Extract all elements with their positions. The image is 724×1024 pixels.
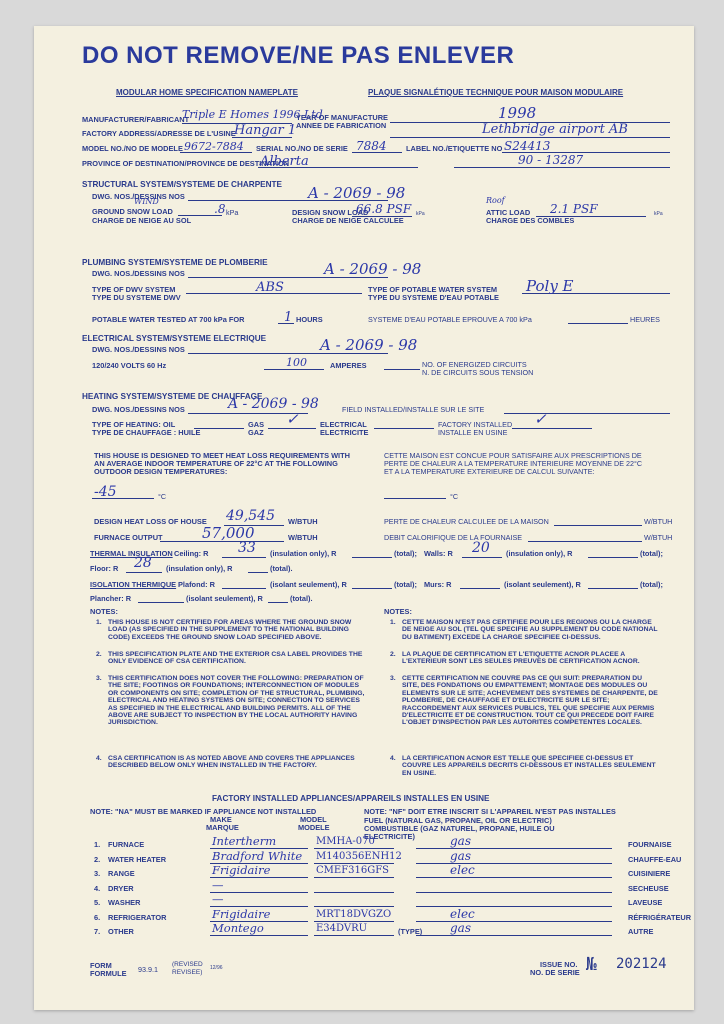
notes-heading-en: NOTES: (90, 608, 118, 616)
amperes-label: AMPERES (330, 362, 367, 370)
appliance-number: 7. (94, 928, 100, 936)
type-label: (TYPE) (398, 928, 422, 936)
electrical-heading: ELECTRICAL SYSTEM/SYSTEME ELECTRIQUE (82, 334, 266, 343)
appliance-make: Frigidaire (212, 907, 270, 921)
ground-snow-correction: WIND (134, 197, 159, 206)
circuits-label-fr: N. DE CIRCUITS SOUS TENSION (422, 369, 533, 377)
design-text-en: THIS HOUSE IS DESIGNED TO MEET HEAT LOSS… (94, 452, 356, 476)
attic-load-correction: Roof (486, 196, 505, 205)
appliance-name: REFRIGERATOR (108, 914, 166, 922)
year-value: 1998 (498, 104, 536, 122)
appliance-name: OTHER (108, 928, 134, 936)
appliance-name-fr: AUTRE (628, 928, 653, 936)
page-title: DO NOT REMOVE/NE PAS ENLEVER (82, 42, 514, 70)
furnace-output-label: FURNACE OUTPUT (94, 534, 163, 542)
electrical-dwg-label: DWG. NOS./DESSINS NOS (92, 346, 185, 354)
attic-load-value: 2.1 PSF (550, 202, 598, 216)
appliance-model: M140356ENH12 (316, 851, 402, 862)
serial-no-value: 7884 (356, 139, 387, 153)
note-item: 4.CSA CERTIFICATION IS AS NOTED ABOVE AN… (96, 755, 366, 770)
floor-ins-only: (insulation only), R (166, 565, 233, 573)
murs-isolant: (isolant seulement), R (504, 581, 581, 589)
appliance-model: MRT18DVGZO (316, 909, 391, 920)
revised-label-fr: REVISEE) (172, 969, 202, 977)
structural-heading: STRUCTURAL SYSTEM/SYSTEME DE CHARPENTE (82, 180, 282, 189)
form-number: 93.9.1 (138, 966, 158, 974)
murs-total: (total); (640, 581, 663, 589)
appliance-name-fr: CHAUFFE-EAU (628, 856, 681, 864)
subtitle-en: MODULAR HOME SPECIFICATION NAMEPLATE (116, 88, 298, 97)
appliance-make: — (212, 878, 224, 892)
appliance-fuel: gas (450, 849, 471, 863)
fuel-header: FUEL (NATURAL GAS, PROPANE, OIL OR ELECT… (364, 817, 592, 841)
dwv-label-fr: TYPE DU SYSTEME DWV (92, 294, 181, 302)
appliance-number: 5. (94, 899, 100, 907)
appliance-name-fr: FOURNAISE (628, 841, 672, 849)
heating-gas-checkmark: ✓ (286, 410, 299, 428)
year-label-fr: ANNEE DE FABRICATION (296, 122, 386, 130)
appliance-model: MMHA-070 (316, 836, 375, 847)
factory-address-value: Hangar 1 (234, 123, 296, 138)
tested-value: 1 (284, 310, 292, 325)
electrical-dwg-value: A - 2069 - 98 (320, 336, 417, 354)
ceiling-value: 33 (238, 540, 256, 556)
design-temp-unit-fr: °C (450, 493, 458, 501)
design-snow-value: 66.8 PSF (356, 202, 411, 216)
heatloss-label-fr: PERTE DE CHALEUR CALCULEE DE LA MAISON (384, 518, 549, 526)
heating-gas-label-fr: GAZ (248, 429, 264, 437)
note-item: 3.THIS CERTIFICATION DOES NOT COVER THE … (96, 675, 366, 727)
heatloss-label: DESIGN HEAT LOSS OF HOUSE (94, 518, 207, 526)
plancher-isolant: (isolant seulement), R (186, 595, 263, 603)
appliance-number: 2. (94, 856, 100, 864)
appliance-make: Montego (212, 921, 264, 935)
heatloss-unit: W/BTUH (288, 518, 318, 526)
floor-value: 28 (134, 555, 152, 571)
revised-date: 12/96 (210, 964, 223, 972)
appliance-name-fr: RÉFRIGÉRATEUR (628, 914, 691, 922)
furnace-output-unit: W/BTUH (288, 534, 318, 542)
heating-type-label-fr: TYPE DE CHAUFFAGE : HUILE (92, 429, 200, 437)
subtitle-fr: PLAQUE SIGNALÉTIQUE TECHNIQUE POUR MAISO… (368, 88, 623, 97)
thermal-insulation-heading: THERMAL INSULATION (90, 550, 173, 558)
notes-heading-fr: NOTES: (384, 608, 412, 616)
ground-snow-value: .8 (214, 202, 225, 216)
appliance-number: 1. (94, 841, 100, 849)
appliance-name: WATER HEATER (108, 856, 166, 864)
plafond-total: (total); (394, 581, 417, 589)
plancher-total: (total). (290, 595, 313, 603)
factory-installed-label-fr: INSTALLE EN USINE (438, 429, 507, 437)
appliance-fuel: gas (450, 834, 471, 848)
note-item: 1.THIS HOUSE IS NOT CERTIFIED FOR AREAS … (96, 619, 366, 641)
appliance-name: WASHER (108, 899, 140, 907)
appliance-make: Intertherm (212, 834, 276, 848)
label-no-label: LABEL NO./ETIQUETTE NO (406, 145, 502, 153)
note-item: 2.THIS SPECIFICATION PLATE AND THE EXTER… (96, 651, 366, 666)
appliance-make: Frigidaire (212, 863, 270, 877)
furnace-output-label-fr: DEBIT CALORIFIQUE DE LA FOURNAISE (384, 534, 522, 542)
label-no-value-2: 90 - 13287 (518, 153, 583, 167)
appliance-fuel: elec (450, 863, 475, 877)
model-header-fr: MODELE (298, 824, 330, 832)
appliance-model: CMEF316GFS (316, 865, 389, 876)
heating-dwg-label: DWG. NOS./DESSINS NOS (92, 406, 185, 414)
ground-snow-unit: kPa (226, 209, 238, 217)
potable-value: Poly E (526, 277, 574, 295)
isolation-thermique-heading: ISOLATION THERMIQUE (90, 581, 176, 589)
model-no-label: MODEL NO./NO DE MODELE (82, 145, 183, 153)
appliances-note-en: NOTE: "NA" MUST BE MARKED IF APPLIANCE N… (90, 808, 316, 816)
plafond-label: Plafond: R (178, 581, 215, 589)
plumbing-dwg-label: DWG. NOS./DESSINS NOS (92, 270, 185, 278)
amperes-value: 100 (286, 356, 307, 369)
revised-label: (REVISED (172, 961, 203, 969)
structural-dwg-value: A - 2069 - 98 (308, 184, 405, 202)
floor-total: (total). (270, 565, 293, 573)
issue-serial-number: 202124 (616, 956, 667, 972)
ceiling-total: (total); (394, 550, 417, 558)
serial-no-label: SERIAL NO./NO DE SERIE (256, 145, 348, 153)
appliance-fuel: gas (450, 921, 471, 935)
ground-snow-label-fr: CHARGE DE NEIGE AU SOL (92, 217, 191, 225)
nameplate-document: DO NOT REMOVE/NE PAS ENLEVER MODULAR HOM… (34, 26, 694, 1010)
appliance-name-fr: CUISINIERE (628, 870, 670, 878)
appliance-number: 6. (94, 914, 100, 922)
heating-dwg-value: A - 2069 - 98 (228, 396, 319, 412)
factory-address-label: FACTORY ADDRESS/ADRESSE DE L'USINE (82, 130, 236, 138)
appliance-number: 3. (94, 870, 100, 878)
potable-label-fr: TYPE DU SYSTEME D'EAU POTABLE (368, 294, 499, 302)
volts-label: 120/240 VOLTS 60 Hz (92, 362, 166, 370)
appliance-name: FURNACE (108, 841, 144, 849)
furnace-output-unit-fr: W/BTUH (644, 534, 672, 542)
make-header-fr: MARQUE (206, 824, 239, 832)
appliance-name: RANGE (108, 870, 135, 878)
design-snow-label-fr: CHARGE DE NEIGE CALCULEE (292, 217, 404, 225)
manufacturer-label: MANUFACTURER/FABRICANT (82, 116, 189, 124)
appliance-model: E34DVRU (316, 923, 367, 934)
appliance-fuel: elec (450, 907, 475, 921)
plancher-label: Plancher: R (90, 595, 131, 603)
ceiling-ins-only: (insulation only), R (270, 550, 337, 558)
tested-label: POTABLE WATER TESTED AT 700 kPa FOR (92, 316, 244, 324)
note-item: 4.LA CERTIFICATION ACNOR EST TELLE QUE S… (390, 755, 660, 777)
design-snow-unit: kPa (416, 210, 425, 218)
appliance-make: Bradford White (212, 849, 302, 863)
attic-load-unit: kPa (654, 210, 663, 218)
appliance-name: DRYER (108, 885, 134, 893)
plafond-isolant: (isolant seulement), R (270, 581, 347, 589)
dwv-value: ABS (256, 280, 284, 295)
walls-label: Walls: R (424, 550, 453, 558)
design-text-fr: CETTE MAISON EST CONCUE POUR SATISFAIRE … (384, 452, 644, 476)
no-symbol: № (586, 954, 597, 975)
plumbing-heading: PLUMBING SYSTEM/SYSTEME DE PLOMBERIE (82, 258, 268, 267)
note-item: 1.CETTE MAISON N'EST PAS CERTIFIEE POUR … (390, 619, 660, 641)
tested-unit-fr: HEURES (630, 316, 660, 324)
factory-installed-checkmark: ✓ (534, 410, 547, 428)
ceiling-label: Ceiling: R (174, 550, 209, 558)
heatloss-unit-fr: W/BTUH (644, 518, 672, 526)
walls-ins-only: (insulation only), R (506, 550, 573, 558)
murs-label: Murs: R (424, 581, 452, 589)
walls-total: (total); (640, 550, 663, 558)
walls-value: 20 (472, 540, 490, 556)
appliances-heading: FACTORY INSTALLED APPLIANCES/APPAREILS I… (212, 794, 490, 803)
appliance-make: — (212, 892, 224, 906)
province-value: Alberta (260, 154, 309, 169)
note-item: 2.LA PLAQUE DE CERTIFICATION ET L'ETIQUE… (390, 651, 660, 666)
appliances-note-fr: NOTE: "NF" DOIT ETRE INSCRIT SI L'APPARE… (364, 808, 616, 816)
design-temp-value: -45 (94, 484, 117, 500)
appliance-number: 4. (94, 885, 100, 893)
note-item: 3.CETTE CERTIFICATION NE COUVRE PAS CE Q… (390, 675, 660, 727)
factory-address-value-2: Lethbridge airport AB (482, 122, 628, 137)
plumbing-dwg-value: A - 2069 - 98 (324, 260, 421, 278)
design-temp-unit: °C (158, 493, 166, 501)
issue-no-label-fr: NO. DE SERIE (530, 969, 580, 977)
heating-elec-label-fr: ELECTRICITE (320, 429, 368, 437)
form-label-fr: FORMULE (90, 970, 127, 978)
appliance-name-fr: SECHEUSE (628, 885, 669, 893)
tested-unit: HOURS (296, 316, 323, 324)
attic-load-label-fr: CHARGE DES COMBLES (486, 217, 574, 225)
label-no-value: S24413 (504, 139, 550, 153)
heatloss-value: 49,545 (226, 508, 275, 524)
appliance-name-fr: LAVEUSE (628, 899, 662, 907)
field-installed-label: FIELD INSTALLED/INSTALLE SUR LE SITE (342, 406, 484, 414)
floor-label: Floor: R (90, 565, 118, 573)
ground-snow-label: GROUND SNOW LOAD (92, 208, 173, 216)
model-no-value: 9672-7884 (184, 140, 244, 153)
tested-label-fr: SYSTEME D'EAU POTABLE EPROUVE A 700 kPa (368, 316, 532, 324)
